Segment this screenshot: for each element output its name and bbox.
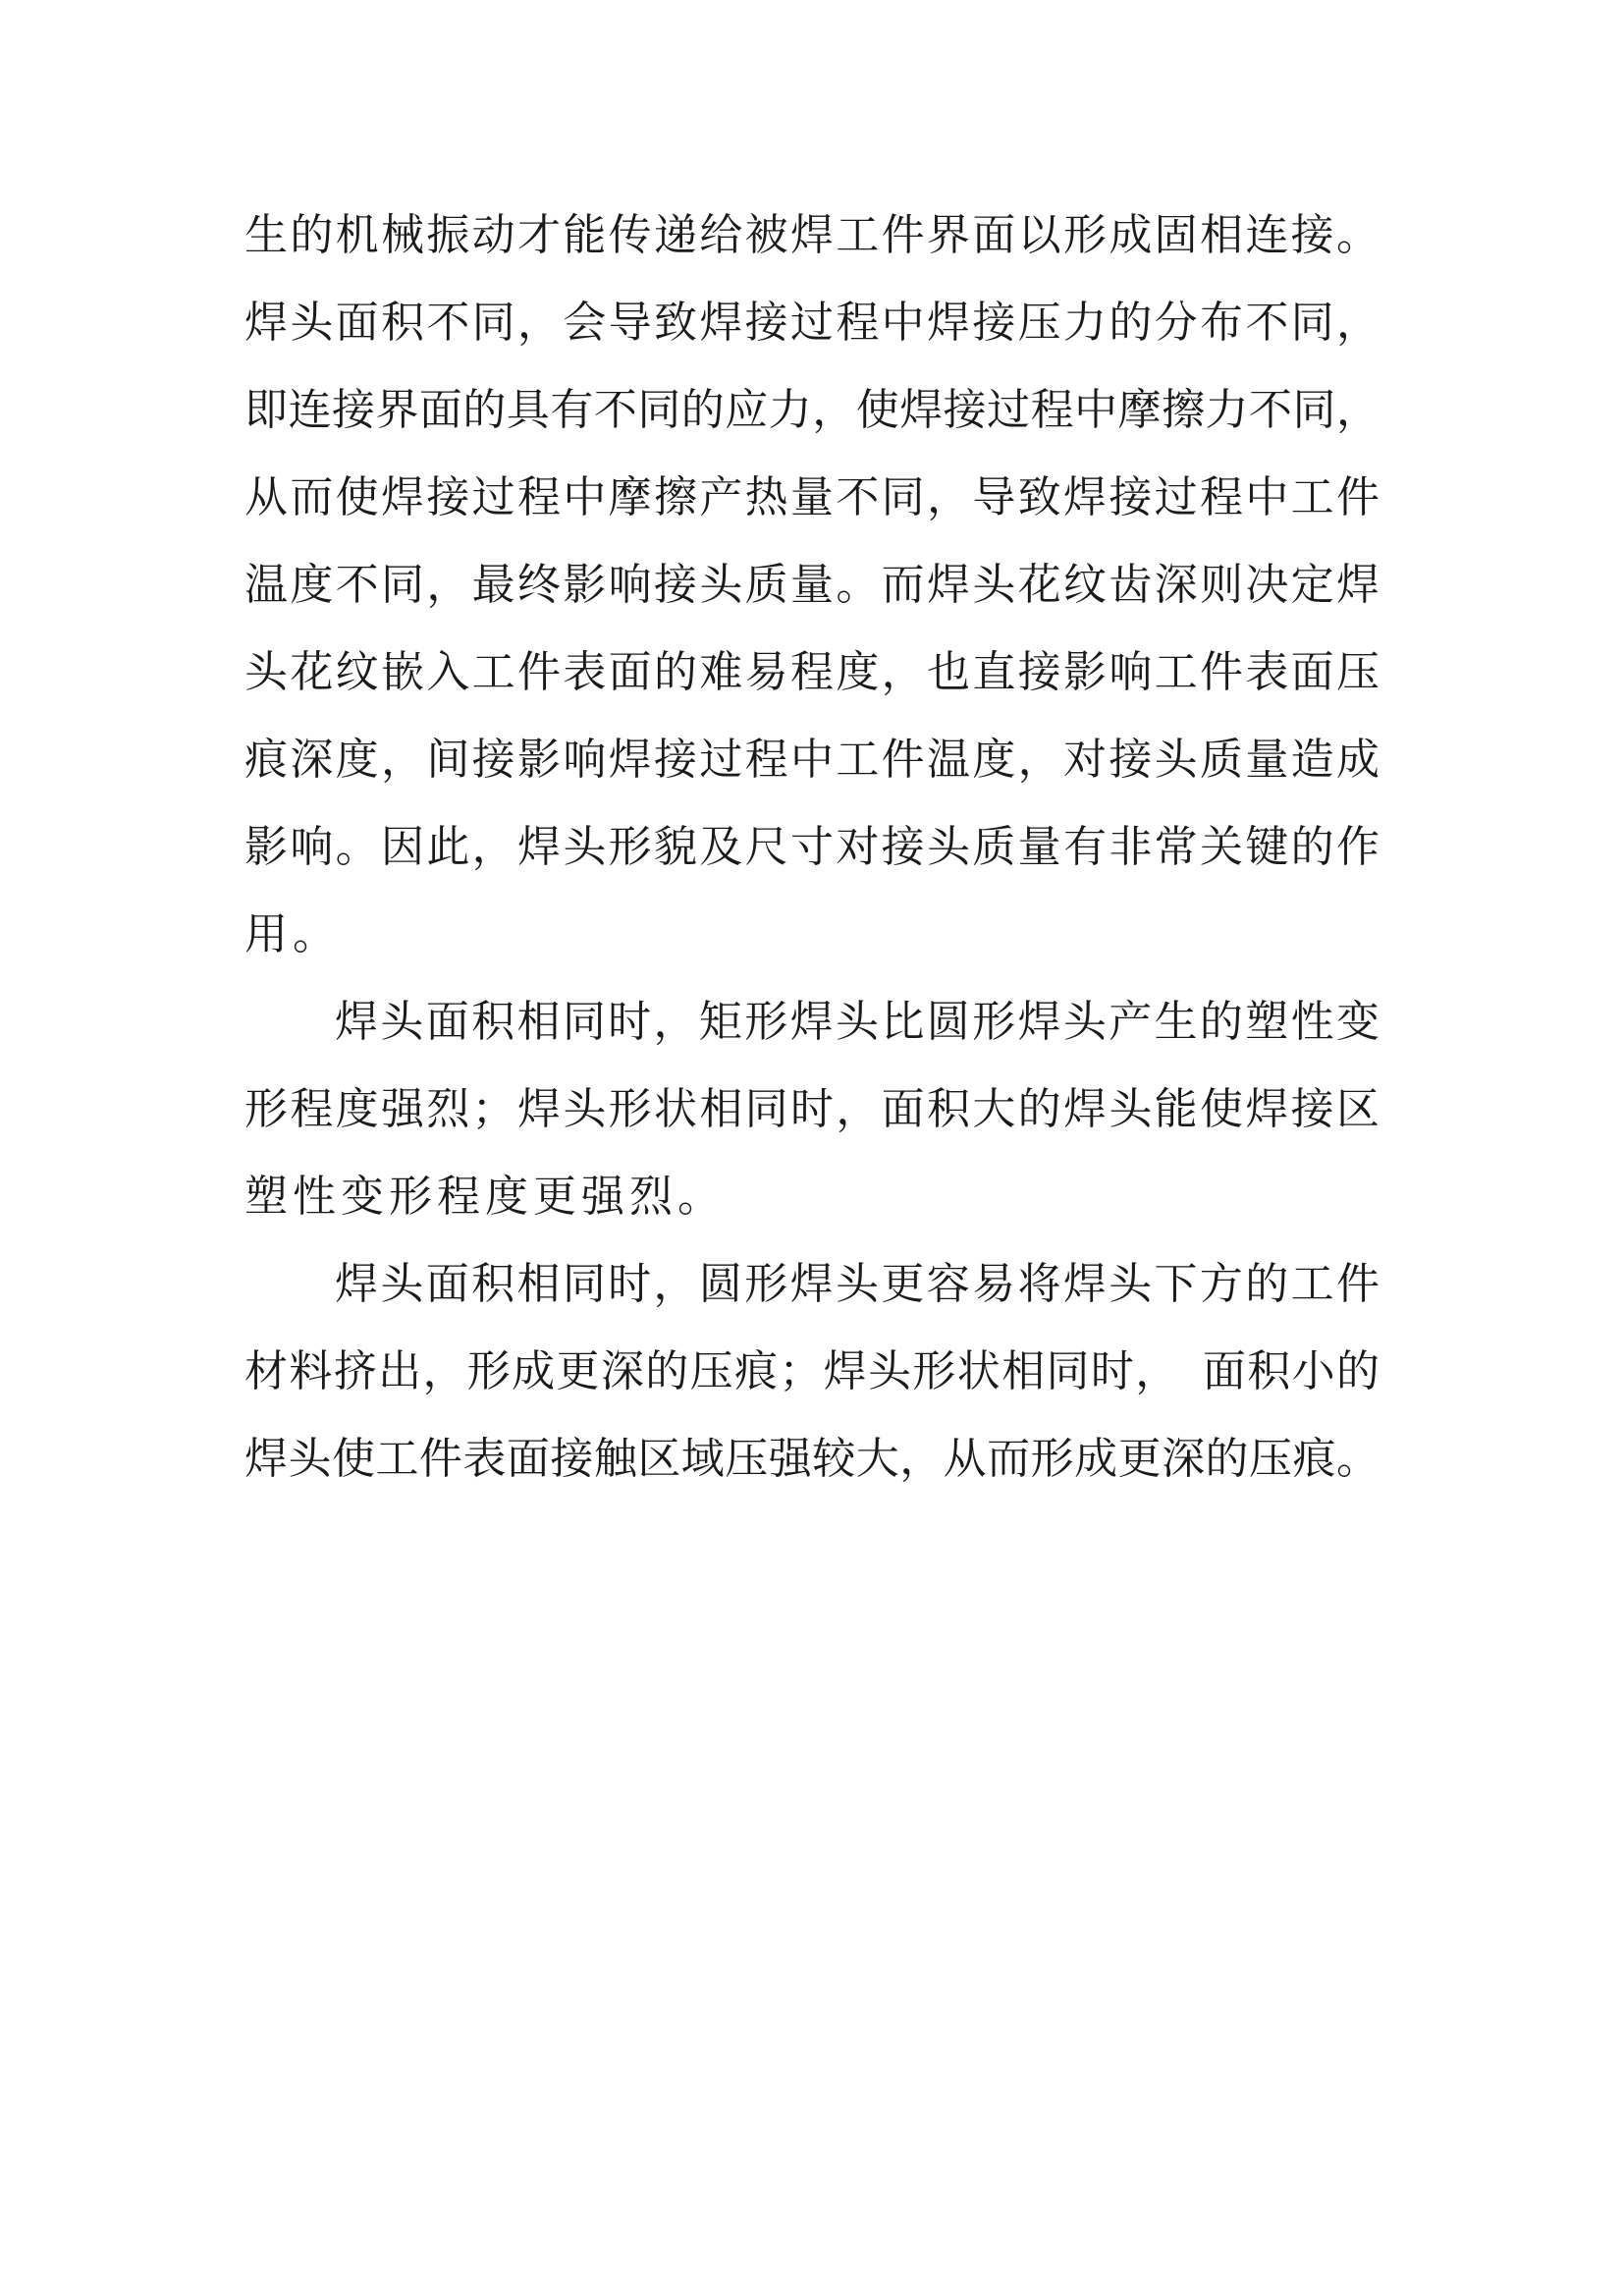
text-line: 温度不同，最终影响接头质量。而焊头花纹齿深则决定焊: [244, 541, 1380, 629]
text-line: 即连接界面的具有不同的应力，使焊接过程中摩擦力不同，: [244, 366, 1380, 454]
text-line: 痕深度，间接影响焊接过程中工件温度，对接头质量造成: [244, 716, 1380, 803]
text-line: 材料挤出，形成更深的压痕；焊头形状相同时， 面积小的: [244, 1328, 1380, 1415]
document-text-block: 生的机械振动才能传递给被焊工件界面以形成固相连接。焊头面积不同，会导致焊接过程中…: [244, 191, 1380, 1503]
text-line: 焊头面积不同，会导致焊接过程中焊接压力的分布不同，: [244, 279, 1380, 366]
text-line: 头花纹嵌入工件表面的难易程度，也直接影响工件表面压: [244, 629, 1380, 716]
text-line: 焊头面积相同时，圆形焊头更容易将焊头下方的工件: [244, 1240, 1380, 1328]
paragraph: 焊头面积相同时，矩形焊头比圆形焊头产生的塑性变形程度强烈；焊头形状相同时，面积大…: [244, 978, 1380, 1240]
text-line: 塑性变形程度更强烈。: [244, 1153, 1380, 1240]
text-line: 从而使焊接过程中摩擦产热量不同，导致焊接过程中工件: [244, 454, 1380, 541]
text-line: 影响。因此，焊头形貌及尺寸对接头质量有非常关键的作: [244, 803, 1380, 891]
document-page: 生的机械振动才能传递给被焊工件界面以形成固相连接。焊头面积不同，会导致焊接过程中…: [0, 0, 1623, 2296]
text-line: 形程度强烈；焊头形状相同时，面积大的焊头能使焊接区: [244, 1066, 1380, 1153]
paragraph: 焊头面积相同时，圆形焊头更容易将焊头下方的工件材料挤出，形成更深的压痕；焊头形状…: [244, 1240, 1380, 1503]
text-line: 焊头使工件表面接触区域压强较大，从而形成更深的压痕。: [244, 1415, 1380, 1503]
paragraph: 生的机械振动才能传递给被焊工件界面以形成固相连接。焊头面积不同，会导致焊接过程中…: [244, 191, 1380, 978]
text-line: 用。: [244, 891, 1380, 978]
text-line: 生的机械振动才能传递给被焊工件界面以形成固相连接。: [244, 191, 1380, 279]
text-line: 焊头面积相同时，矩形焊头比圆形焊头产生的塑性变: [244, 978, 1380, 1066]
